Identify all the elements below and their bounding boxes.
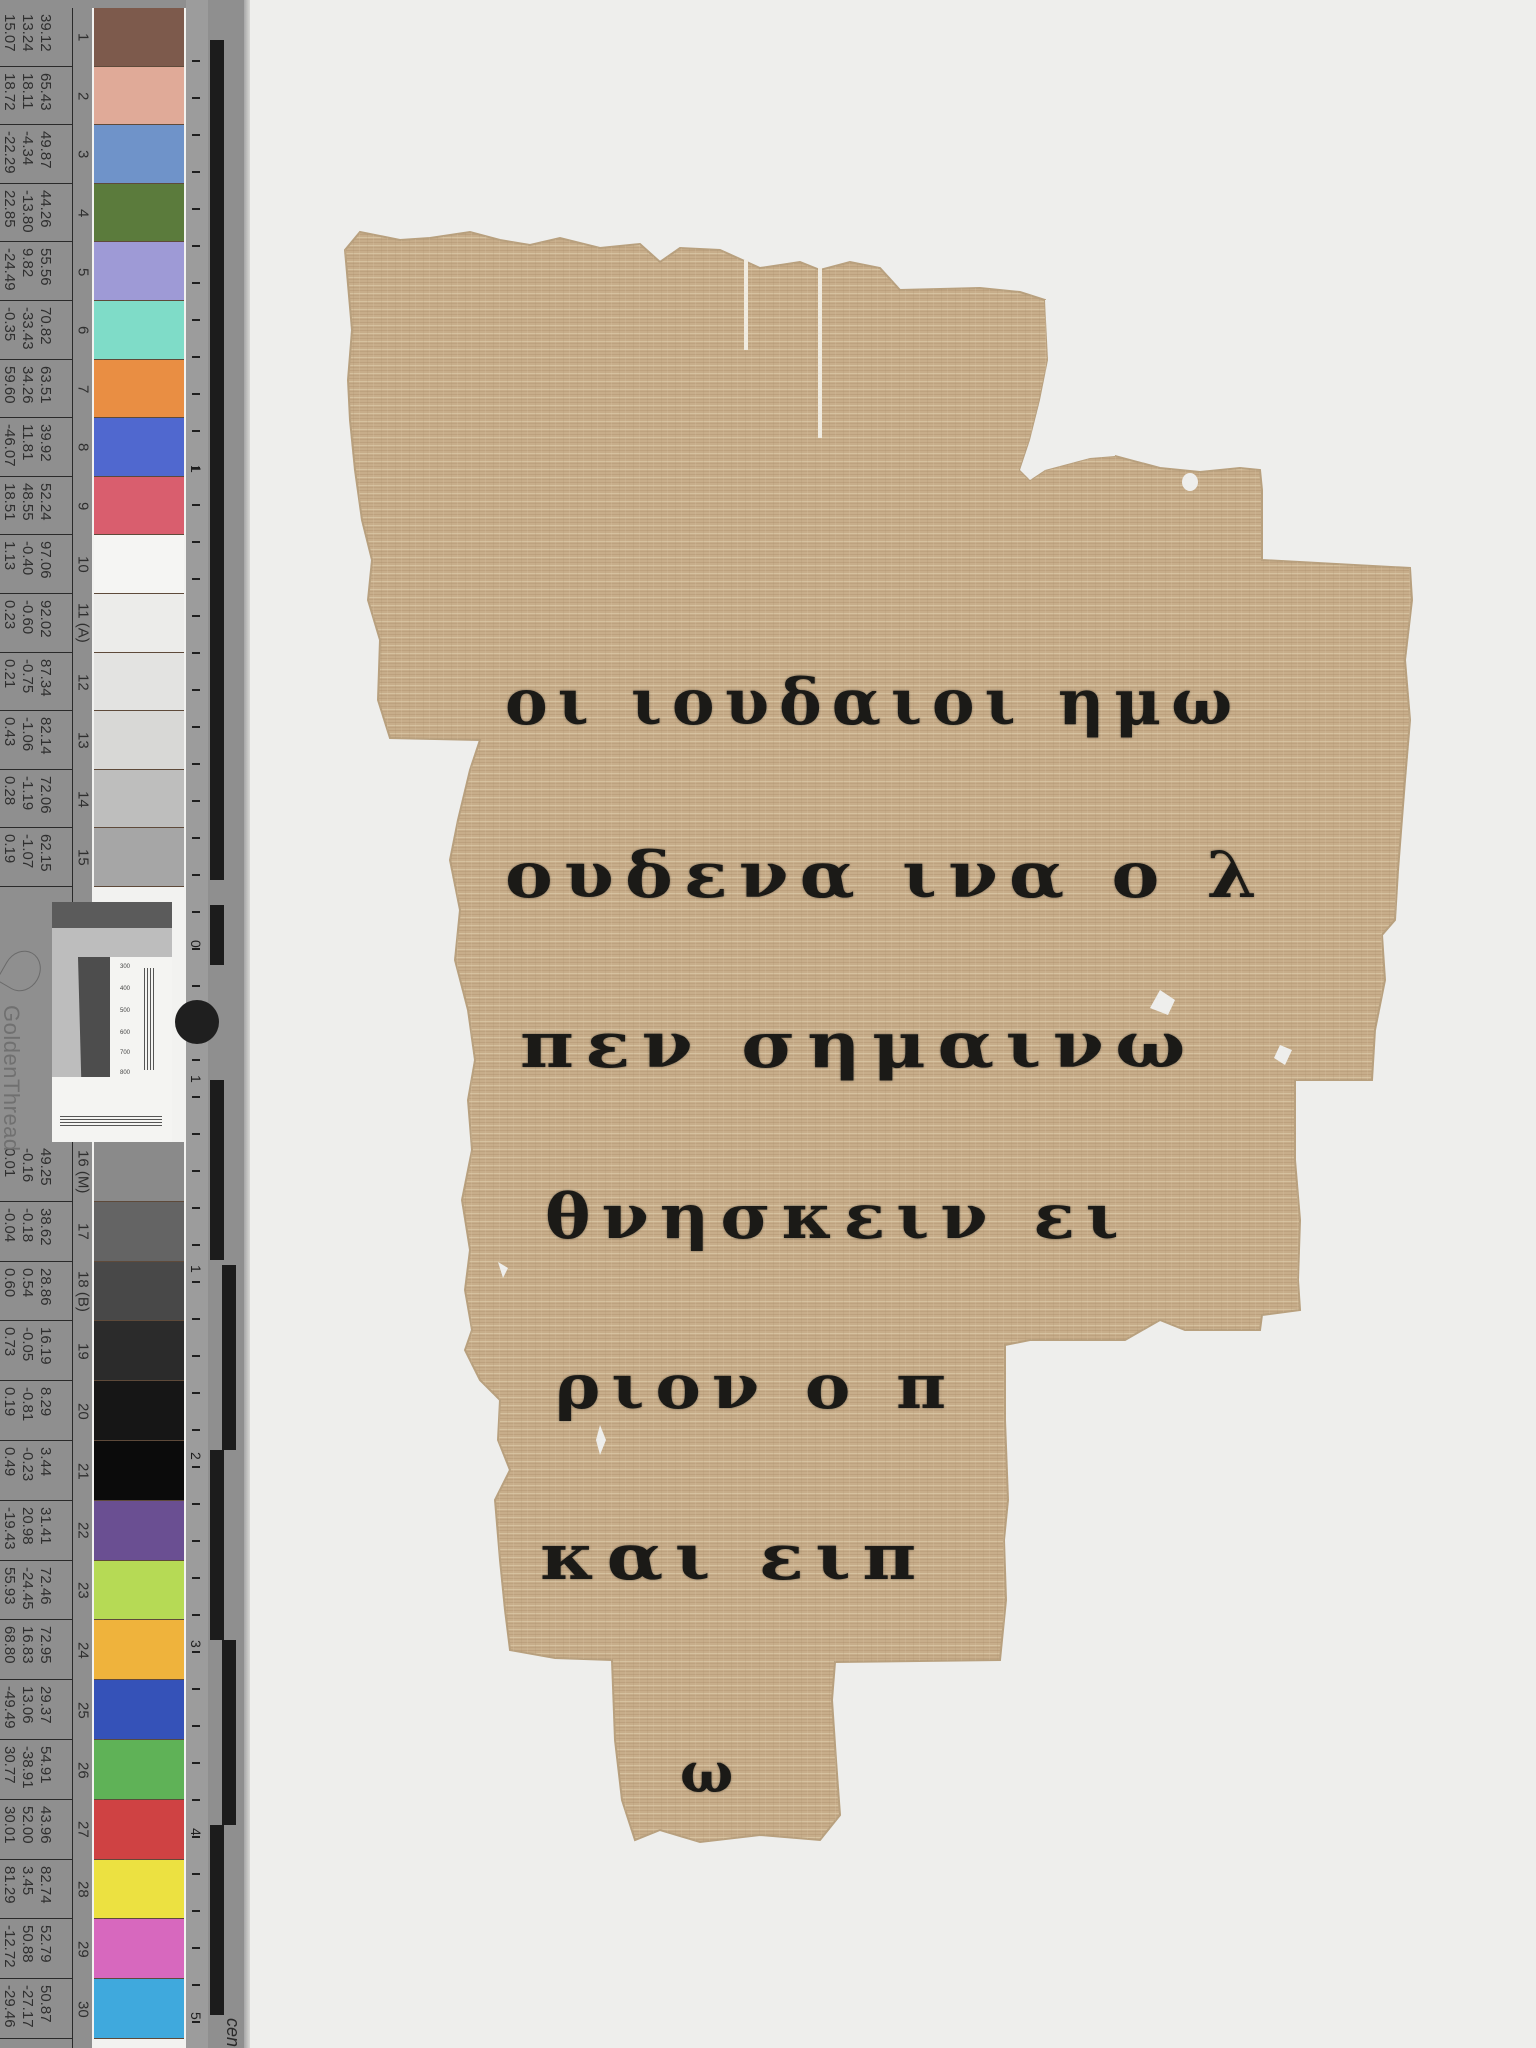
lab-l-value: 82.74 [36,1860,54,1919]
patch-number: 18 (B) [73,1262,93,1322]
patch-number: 21 [73,1441,93,1501]
lab-a-value: 50.88 [18,1919,36,1978]
lab-value-cell: 16.19-0.050.73 [0,1321,72,1381]
ruler-label: 1 [188,1075,204,1083]
lab-value-cell: 49.87-4.34-22.29 [0,125,72,184]
lab-l-value: 65.43 [36,67,54,125]
lab-l-value: 72.95 [36,1620,54,1679]
registration-dot [175,1000,219,1044]
lab-b-value: -22.29 [0,125,18,183]
ruler-tick [192,2021,200,2023]
patch-number: 24 [73,1620,93,1680]
patch-number: 13 [73,711,93,770]
lab-l-value: 52.24 [36,477,54,535]
ruler-tick [192,504,200,506]
lab-a-value: -1.19 [18,770,36,828]
res-label: 700 [120,1050,130,1056]
ruler-tick [192,1577,200,1579]
ruler-tick [192,541,200,543]
ruler-tick [192,356,200,358]
papyrus-text-line: πεν σημαινω [520,1008,1197,1083]
lab-a-value: -1.06 [18,711,36,769]
ruler-tick [192,1762,200,1764]
patch-number: 16 (M) [73,1142,93,1202]
lab-b-value: 0.23 [0,594,18,652]
lab-l-value: 82.14 [36,711,54,769]
scale-bar-segment [210,460,224,880]
lab-value-cell: 44.26-13.8022.85 [0,184,72,243]
lab-a-value: -0.23 [18,1441,36,1500]
ruler-tick [192,134,200,136]
lab-a-value: 52.00 [18,1800,36,1859]
scale-bar-segment [210,40,224,460]
lab-b-value: -0.35 [0,301,18,359]
lab-b-value: 0.43 [0,711,18,769]
lab-value-cell: 39.9211.81-46.07 [0,418,72,477]
lab-a-value: 13.06 [18,1680,36,1739]
patch-number: 7 [73,360,93,419]
lab-a-value: 9.82 [18,242,36,300]
patch-number: 23 [73,1561,93,1621]
lab-a-value: -0.40 [18,535,36,593]
lab-b-value: 0.28 [0,770,18,828]
scale-bar-segment [210,905,224,965]
ruler-tick [192,1614,200,1616]
color-patch [94,184,184,243]
res-label: 600 [120,1030,130,1036]
patch-number: 15 [73,828,93,887]
color-patch [94,477,184,536]
res-label: 400 [120,986,130,992]
papyrus-text-line: ριον ο π [555,1350,957,1423]
patch-number: 30 [73,1979,93,2039]
ruler-tick [192,1799,200,1801]
patch-number: 2 [73,67,93,126]
color-patch [94,301,184,360]
patch-number: 29 [73,1919,93,1979]
ruler-tick [192,1170,200,1172]
lab-b-value: 0.49 [0,1441,18,1500]
lab-value-cell: 72.06-1.190.28 [0,770,72,829]
lab-l-value: 63.51 [36,360,54,418]
ruler-tick [192,245,200,247]
ruler-tick [192,1910,200,1912]
color-patch [94,1441,184,1501]
ruler-tick [192,1466,200,1468]
papyrus-text-line: ω [680,1740,743,1806]
lab-b-value: 81.29 [0,1860,18,1919]
lab-l-value: 38.62 [36,1202,54,1261]
patch-number: 1 [73,8,93,67]
color-patch [94,1202,184,1262]
ruler-tick [192,171,200,173]
patch-number: 11 (A) [73,594,93,653]
lab-b-value: 30.01 [0,1800,18,1859]
lab-value-cell: 43.9652.0030.01 [0,1800,72,1860]
ruler-label: 4 [188,1828,204,1836]
ruler-tick [192,1059,200,1061]
color-patch [94,1381,184,1441]
lab-a-value: -4.34 [18,125,36,183]
lab-l-value: 97.06 [36,535,54,593]
papyrus-text-line: ουδενα ινα ο λ [505,838,1268,913]
patch-number: 8 [73,418,93,477]
lab-value-cell: 87.34-0.750.21 [0,653,72,712]
ruler-tick [192,1873,200,1875]
ruler-tick [192,1688,200,1690]
patch-number: 22 [73,1501,93,1561]
lab-l-value: 50.87 [36,1979,54,2038]
lab-b-value: -46.07 [0,418,18,476]
ruler-tick [192,1836,200,1838]
ruler-tick [192,1355,200,1357]
scale-bar-segment [210,1450,224,1640]
patch-number: 25 [73,1680,93,1740]
scale-bar-segment [210,1080,224,1140]
color-patch [94,711,184,770]
lab-a-value: -33.43 [18,301,36,359]
lab-a-value: -27.17 [18,1979,36,2038]
lab-value-cell: 82.14-1.060.43 [0,711,72,770]
lab-l-value: 72.46 [36,1561,54,1620]
lab-l-value: 3.44 [36,1441,54,1500]
ruler-tick [192,1133,200,1135]
lab-value-cell: 92.02-0.600.23 [0,594,72,653]
lab-b-value: -24.49 [0,242,18,300]
res-line-pairs-vertical [144,968,156,1070]
res-label: 800 [120,1070,130,1076]
lab-value-cell: 52.7950.88-12.72 [0,1919,72,1979]
color-calibration-target: 39.1213.2415.0765.4318.1118.7249.87-4.34… [0,0,248,2048]
ruler-tick [192,430,200,432]
lab-b-value: 55.93 [0,1561,18,1620]
papyrus-text-line: και ειπ [540,1520,928,1595]
lab-value-cell: 55.569.82-24.49 [0,242,72,301]
ruler-tick [192,1392,200,1394]
lab-l-value: 16.19 [36,1321,54,1380]
lab-b-value: 0.19 [0,1381,18,1440]
lab-l-value: 72.06 [36,770,54,828]
color-patch [94,1919,184,1979]
lab-b-value: 0.21 [0,653,18,711]
lab-l-value: 39.12 [36,8,54,66]
ruler-tick [192,837,200,839]
ruler-tick [192,1281,200,1283]
ruler-label: 5 [188,2012,204,2020]
patch-number: 6 [73,301,93,360]
lab-b-value: -19.43 [0,1501,18,1560]
lab-value-cell: 72.9516.8368.80 [0,1620,72,1680]
lab-value-cell: 52.2448.5518.51 [0,477,72,536]
lab-l-value: 39.92 [36,418,54,476]
scale-unit-label: cen [222,2018,243,2047]
lab-a-value: 34.26 [18,360,36,418]
lab-value-cell: 70.82-33.43-0.35 [0,301,72,360]
lab-b-value: -49.49 [0,1680,18,1739]
color-patch [94,1860,184,1920]
lab-l-value: 87.34 [36,653,54,711]
lab-value-cell: 54.91-38.9130.77 [0,1740,72,1800]
scale-bar-segment [222,1265,236,1450]
lab-value-cell: 31.4120.98-19.43 [0,1501,72,1561]
ruler-tick [192,911,200,913]
color-patch [94,770,184,829]
patch-number: 17 [73,1202,93,1262]
lab-a-value: 20.98 [18,1501,36,1560]
papyrus-text-line: θνησκειν ει [545,1180,1130,1253]
res-dark-band [52,902,172,928]
ruler-tick [192,800,200,802]
lab-b-value: -0.04 [0,1202,18,1261]
lab-a-value: 3.45 [18,1860,36,1919]
patch-number: 5 [73,242,93,301]
lab-value-cell: 62.15-1.070.19 [0,828,72,887]
color-patch [94,8,184,67]
color-patch [94,1740,184,1800]
color-patch [94,1800,184,1860]
lab-value-cell: 97.06-0.401.13 [0,535,72,594]
ruler-label: 0 [188,940,204,948]
lab-a-value: -0.05 [18,1321,36,1380]
target-edge [244,0,250,2048]
ruler-tick [192,1429,200,1431]
lab-value-cell: 28.860.540.60 [0,1262,72,1322]
lab-value-cell: 29.3713.06-49.49 [0,1680,72,1740]
lab-value-cell: 3.44-0.230.49 [0,1441,72,1501]
color-patch [94,1561,184,1621]
lab-l-value: 49.25 [36,1142,54,1201]
lab-b-value: 30.77 [0,1740,18,1799]
res-label: 500 [120,1008,130,1014]
ruler-label: 3 [188,1640,204,1648]
lab-value-cell: 38.62-0.18-0.04 [0,1202,72,1262]
scale-bar-segment [210,1825,224,2015]
lab-b-value: -29.46 [0,1979,18,2038]
lab-a-value: -1.07 [18,828,36,886]
res-gray-wedge [78,957,110,1077]
ruler-tick [192,578,200,580]
ruler-tick [192,208,200,210]
goldenthread-logo-icon [0,944,48,998]
ruler-tick [192,1096,200,1098]
lab-b-value: 1.13 [0,535,18,593]
lab-b-value: 22.85 [0,184,18,242]
color-patch [94,125,184,184]
ruler-tick [192,393,200,395]
color-patch [94,1680,184,1740]
ruler-tick [192,60,200,62]
ruler-tick [192,1244,200,1246]
color-patch [94,594,184,653]
ruler-tick [192,1651,200,1653]
res-line-pairs-horizontal [60,1116,162,1126]
color-patch [94,1501,184,1561]
ruler-tick [192,726,200,728]
lab-b-value: 0.19 [0,828,18,886]
color-patch [94,1142,184,1202]
brand-name: GoldenThread [0,1005,24,1152]
ruler-tick [192,1540,200,1542]
patch-number: 28 [73,1860,93,1920]
ruler-tick [192,97,200,99]
lab-l-value: 52.79 [36,1919,54,1978]
lab-l-value: 31.41 [36,1501,54,1560]
ruler-tick [192,1318,200,1320]
lab-value-cell: 39.1213.2415.07 [0,8,72,67]
patch-number: 3 [73,125,93,184]
lab-l-value: 43.96 [36,1800,54,1859]
patch-number: 4 [73,184,93,243]
ruler-label: 1 [188,1265,204,1273]
ruler-tick [192,985,200,987]
lab-value-cell: 72.46-24.4555.93 [0,1561,72,1621]
ruler-tick [192,615,200,617]
lab-b-value: 15.07 [0,8,18,66]
ruler-tick [192,1503,200,1505]
color-patch [94,67,184,126]
lab-a-value: -0.18 [18,1202,36,1261]
ruler-tick [192,874,200,876]
color-patch [94,828,184,887]
lab-value-cell: 65.4318.1118.72 [0,67,72,126]
lab-l-value: 70.82 [36,301,54,359]
color-patch [94,360,184,419]
ruler-tick [192,948,200,950]
lab-b-value: 0.73 [0,1321,18,1380]
ruler-tick [192,763,200,765]
patch-number: 10 [73,535,93,594]
lab-l-value: 92.02 [36,594,54,652]
lab-l-value: 29.37 [36,1680,54,1739]
color-patch [94,653,184,712]
color-patch [94,535,184,594]
lab-a-value: 48.55 [18,477,36,535]
patch-number: 9 [73,477,93,536]
lab-a-value: 11.81 [18,418,36,476]
lab-b-value: -12.72 [0,1919,18,1978]
ruler-label: 2 [188,1452,204,1460]
lab-l-value: 49.87 [36,125,54,183]
lab-a-value: -0.81 [18,1381,36,1440]
lab-a-value: 0.54 [18,1262,36,1321]
scale-bar-segment [222,1640,236,1825]
lab-l-value: 44.26 [36,184,54,242]
lab-value-cell: 63.5134.2659.60 [0,360,72,419]
resolution-target: 300 400 500 600 700 800 [52,902,172,1142]
res-white-panel [52,1077,172,1142]
patch-number: 27 [73,1800,93,1860]
color-patch [94,1321,184,1381]
lab-value-cell: 8.29-0.810.19 [0,1381,72,1441]
lab-b-value: 59.60 [0,360,18,418]
color-patch [94,418,184,477]
lab-b-value: 68.80 [0,1620,18,1679]
ruler-tick [192,652,200,654]
ruler-tick [192,282,200,284]
lab-a-value: 13.24 [18,8,36,66]
lab-l-value: 8.29 [36,1381,54,1440]
lab-b-value: 18.51 [0,477,18,535]
lab-b-value: 0.60 [0,1262,18,1321]
patch-number: 19 [73,1321,93,1381]
ruler-tick [192,1725,200,1727]
lab-l-value: 62.15 [36,828,54,886]
lab-a-value: -13.80 [18,184,36,242]
ruler-tick [192,1207,200,1209]
ruler-tick [192,689,200,691]
scale-bar-segment [210,1140,224,1260]
patch-number: 12 [73,653,93,712]
lab-value-cell: 82.743.4581.29 [0,1860,72,1920]
patch-number: 14 [73,770,93,829]
lab-a-value: -0.75 [18,653,36,711]
lab-a-value: -38.91 [18,1740,36,1799]
color-patch [94,1620,184,1680]
lab-l-value: 55.56 [36,242,54,300]
lab-l-value: 54.91 [36,1740,54,1799]
papyrus-text-line: οι ιουδαιοι ημω [505,665,1242,740]
lab-a-value: 18.11 [18,67,36,125]
color-patch [94,242,184,301]
lab-b-value: 18.72 [0,67,18,125]
papyrus-body [345,232,1412,1842]
color-patch [94,1979,184,2039]
lab-l-value: 28.86 [36,1262,54,1321]
lab-a-value: -24.45 [18,1561,36,1620]
ruler-tick [192,1984,200,1986]
patch-number: 26 [73,1740,93,1800]
lab-value-cell: 50.87-27.17-29.46 [0,1979,72,2039]
ruler-label: 1 [188,465,204,473]
color-patch [94,1262,184,1322]
lab-a-value: 16.83 [18,1620,36,1679]
ruler-tick [192,1947,200,1949]
patch-number: 20 [73,1381,93,1441]
ruler-tick [192,319,200,321]
res-label: 300 [120,964,130,970]
lab-a-value: -0.60 [18,594,36,652]
